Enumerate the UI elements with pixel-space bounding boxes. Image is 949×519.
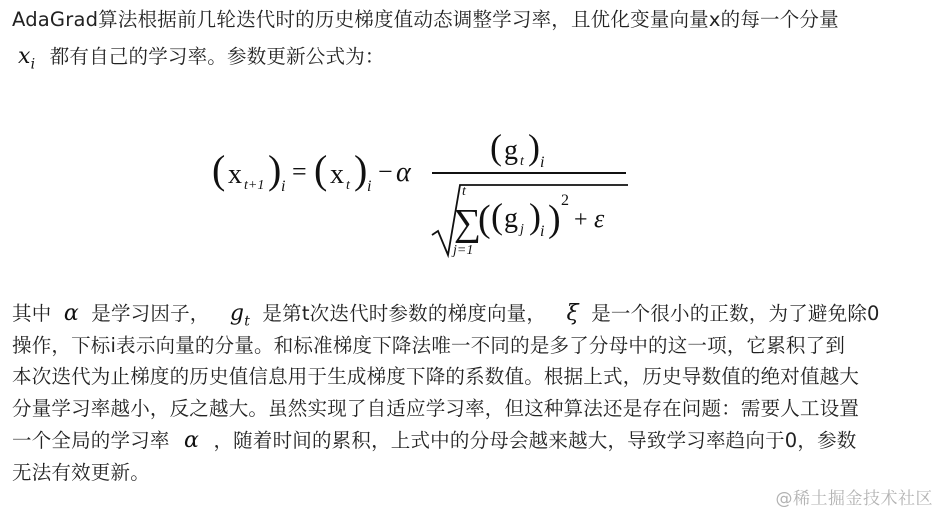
intro-line-2: xi 都有自己的学习率。参数更新公式为： bbox=[12, 44, 385, 77]
svg-text:i: i bbox=[540, 223, 544, 240]
text: 是第t次迭代时参数的梯度向量， bbox=[262, 302, 546, 325]
svg-text:i: i bbox=[281, 178, 285, 195]
svg-text:=: = bbox=[292, 157, 307, 186]
adagrad-update-formula: ( x t+1 ) i = ( x t ) i − α ( g t ) i t … bbox=[210, 125, 640, 265]
text: 是一个很小的正数，为了避免除0 bbox=[591, 302, 879, 325]
explanation-line-5: 一个全局的学习率 α ，随着时间的累积，上式中的分母会越来越大，导致学习率趋向于… bbox=[12, 428, 857, 454]
explanation-line-1: 其中 α 是学习因子， gt 是第t次迭代时参数的梯度向量， ξ 是一个很小的正… bbox=[12, 301, 880, 334]
svg-text:g: g bbox=[504, 135, 518, 166]
svg-text:t: t bbox=[520, 154, 525, 169]
text: 其中 bbox=[12, 302, 51, 325]
svg-text:x: x bbox=[228, 159, 242, 190]
svg-text:x: x bbox=[330, 159, 344, 190]
svg-text:(: ( bbox=[478, 198, 491, 240]
svg-text:2: 2 bbox=[561, 192, 569, 209]
text: 是学习因子， bbox=[91, 302, 209, 325]
explanation-line-2: 操作，下标i表示向量的分量。和标准梯度下降法唯一不同的是多了分母中的这一项，它累… bbox=[12, 333, 845, 359]
svg-text:i: i bbox=[540, 154, 544, 171]
math-xi: ξ bbox=[566, 301, 578, 326]
watermark: @稀土掘金技术社区 bbox=[776, 484, 934, 509]
svg-text:): ) bbox=[268, 147, 281, 192]
svg-text:+: + bbox=[574, 207, 588, 233]
svg-text:j: j bbox=[518, 222, 524, 237]
intro-text-2: 都有自己的学习率。参数更新公式为： bbox=[50, 45, 385, 68]
text: ，随着时间的累积，上式中的分母会越来越大，导致学习率趋向于0，参数 bbox=[213, 429, 856, 452]
math-x-i: xi bbox=[18, 44, 35, 69]
explanation-line-4: 分量学习率越小，反之越大。虽然实现了自适应学习率，但这种算法还是存在问题：需要人… bbox=[12, 396, 859, 422]
intro-text: AdaGrad算法根据前几轮迭代时的历史梯度值动态调整学习率，且优化变量向量x的… bbox=[12, 8, 839, 31]
svg-text:g: g bbox=[504, 203, 518, 234]
svg-text:): ) bbox=[548, 198, 561, 240]
explanation-line-3: 本次迭代为止梯度的历史值信息用于生成梯度下降的系数值。根据上式，历史导数值的绝对… bbox=[12, 364, 859, 390]
svg-text:i: i bbox=[367, 178, 371, 195]
svg-text:(: ( bbox=[212, 147, 225, 192]
math-alpha: α bbox=[184, 428, 199, 453]
svg-text:(: ( bbox=[490, 127, 502, 167]
svg-text:): ) bbox=[528, 127, 540, 167]
svg-text:−: − bbox=[378, 157, 393, 186]
math-g-t: gt bbox=[230, 301, 250, 326]
svg-text:α: α bbox=[396, 157, 412, 188]
svg-text:j=1: j=1 bbox=[451, 243, 473, 258]
svg-text:(: ( bbox=[314, 147, 327, 192]
intro-line-1: AdaGrad算法根据前几轮迭代时的历史梯度值动态调整学习率，且优化变量向量x的… bbox=[12, 7, 839, 33]
svg-text:): ) bbox=[354, 147, 367, 192]
svg-text:t: t bbox=[462, 184, 467, 199]
explanation-line-6: 无法有效更新。 bbox=[12, 460, 150, 486]
text: 一个全局的学习率 bbox=[12, 429, 170, 452]
svg-text:t+1: t+1 bbox=[244, 178, 264, 193]
svg-text:(: ( bbox=[491, 196, 503, 236]
svg-text:ε: ε bbox=[594, 204, 605, 233]
math-alpha: α bbox=[64, 301, 79, 326]
svg-text:t: t bbox=[346, 178, 351, 193]
